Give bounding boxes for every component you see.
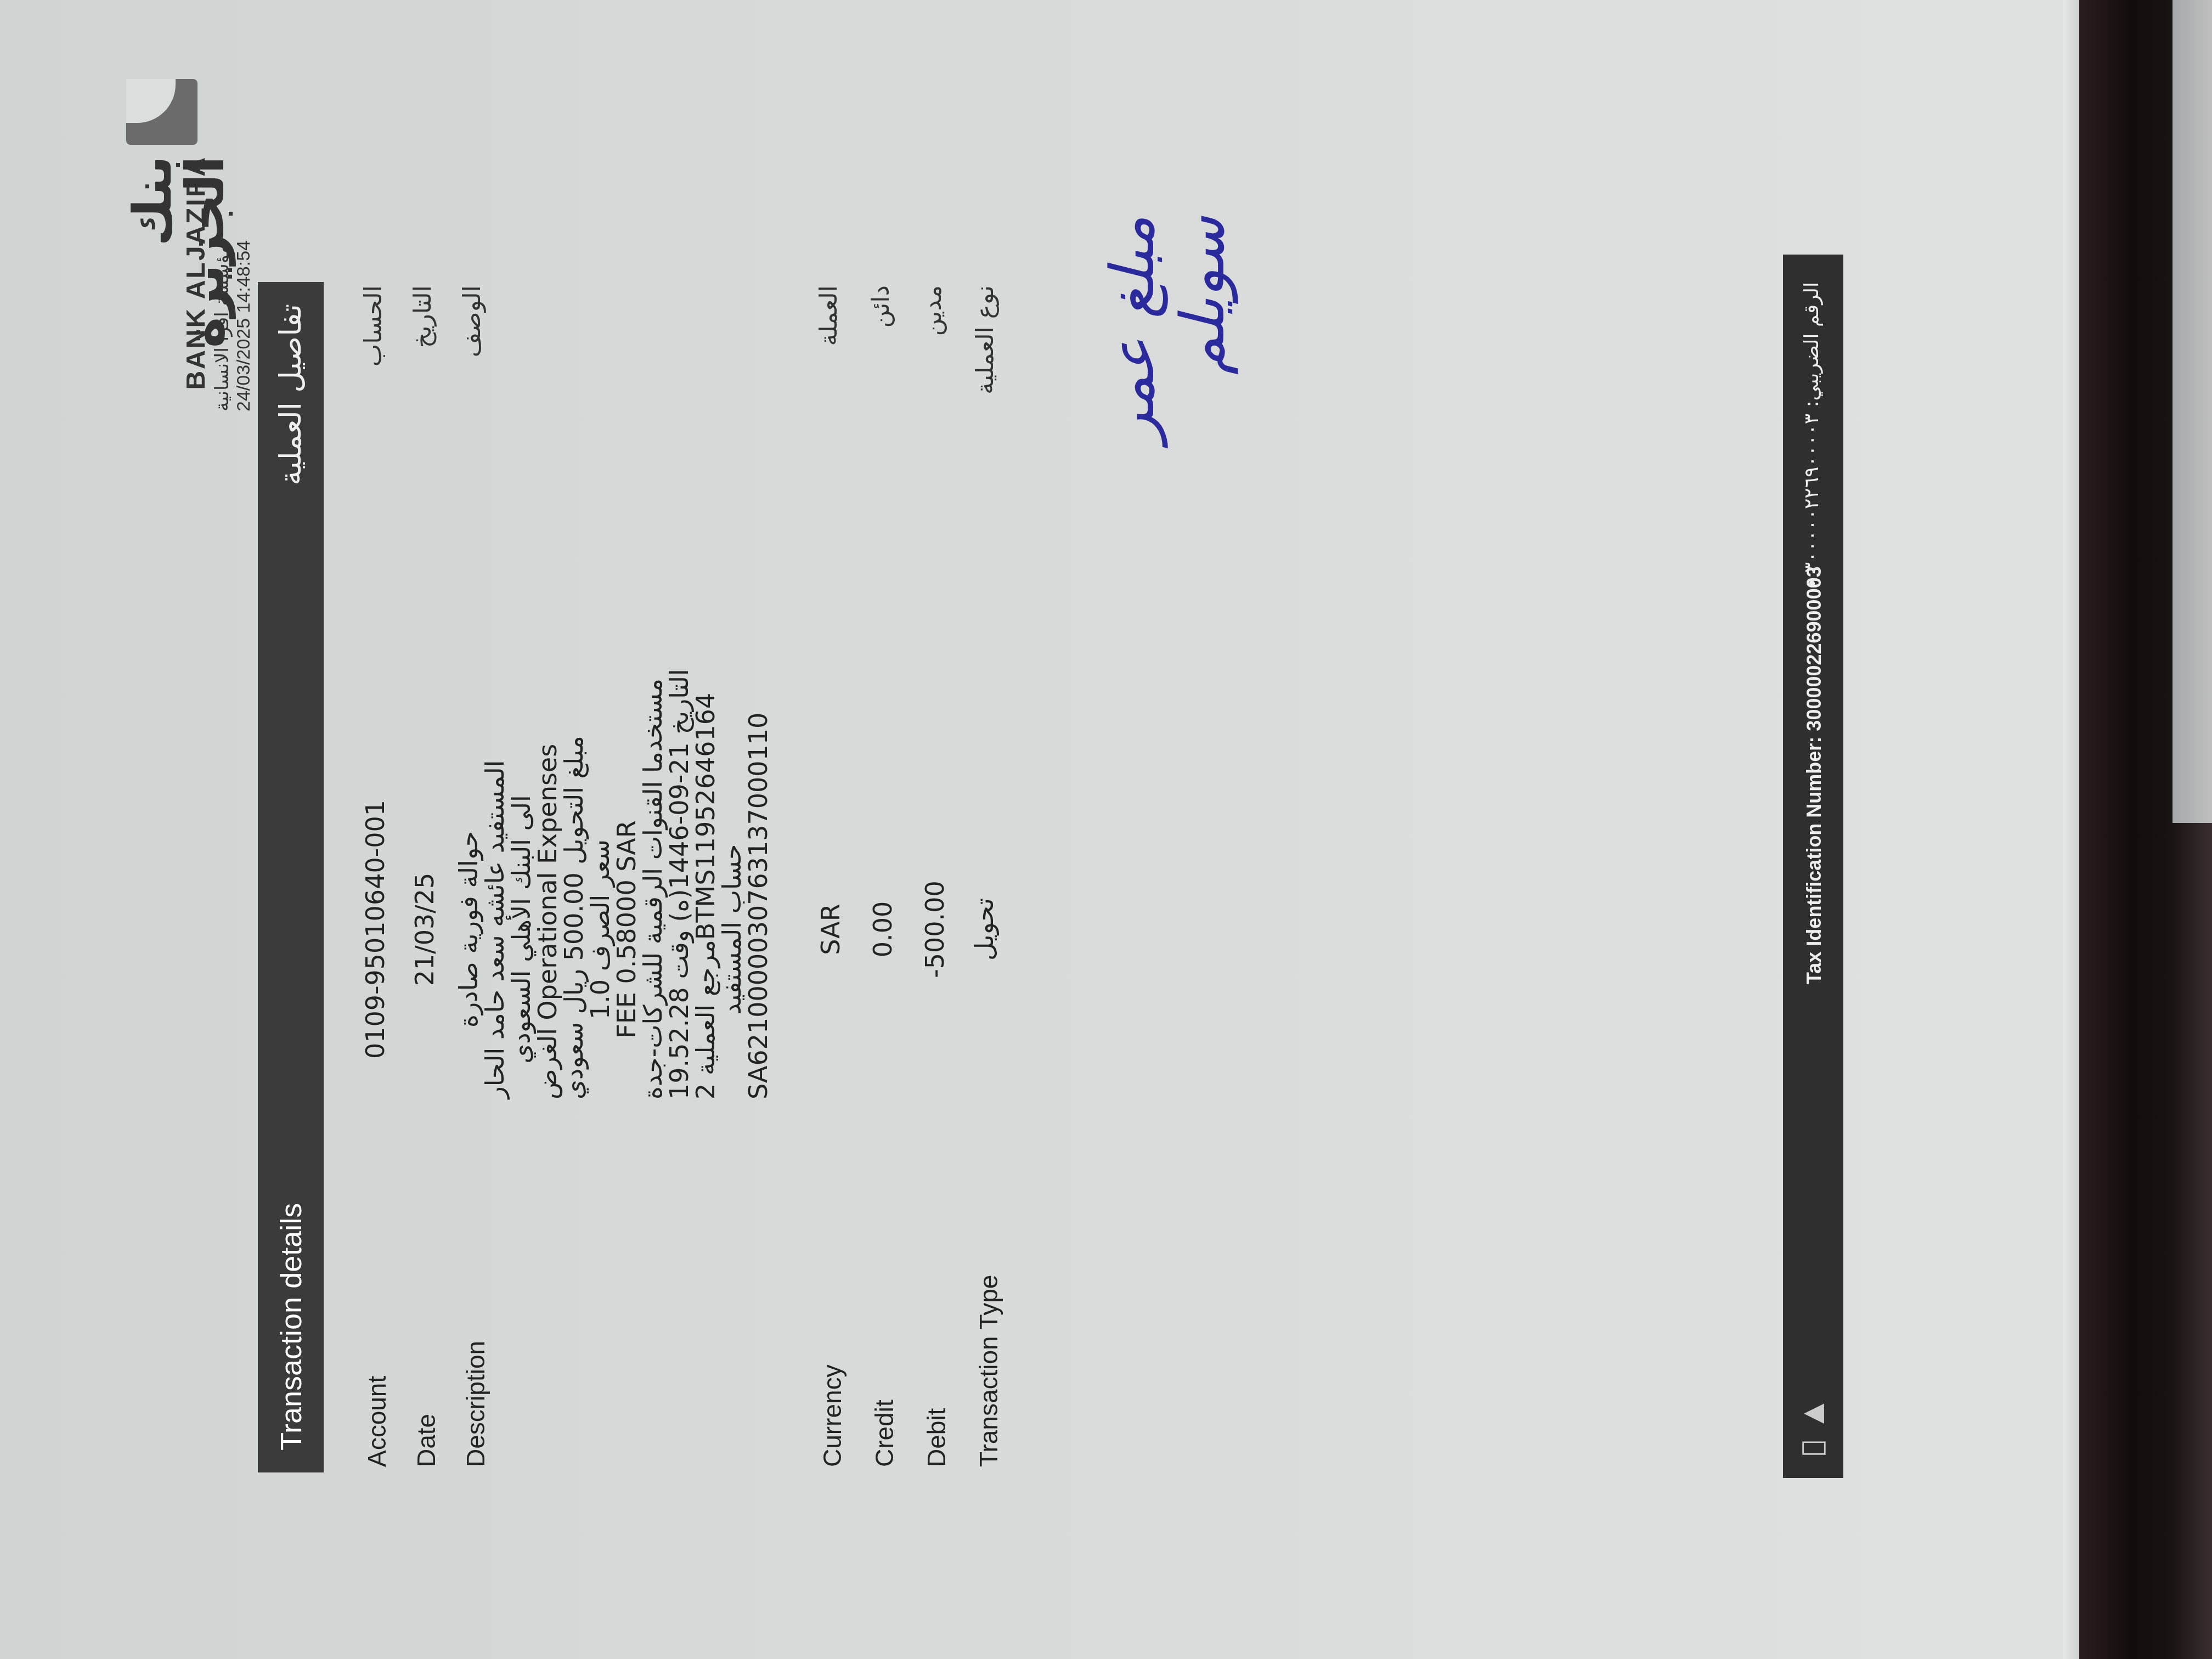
description-line: مرجع العملية 2BTMS11952646164 bbox=[692, 759, 719, 1099]
credit-label-ar: دائن bbox=[867, 285, 895, 328]
transaction-receipt: بنك الجزيرة BANK ALJAZIRA مؤسسة اقرأ الا… bbox=[0, 0, 2079, 1659]
tax-id-en: Tax Identification Number: 3000002269000… bbox=[1803, 566, 1826, 984]
description-label: Description bbox=[461, 1341, 490, 1467]
section-header: Transaction details تفاصيل العملية bbox=[258, 282, 324, 1472]
apple-icon[interactable]:  bbox=[1797, 1440, 1827, 1456]
organization-name: مؤسسة اقرأ الانسانية bbox=[211, 82, 233, 411]
account-label-ar: الحساب bbox=[359, 285, 387, 366]
description-line: الغرض Operational Expenses bbox=[534, 759, 561, 1099]
account-label: Account bbox=[362, 1376, 392, 1467]
tax-id-ar: الرقم الضريبي: ٣٠٠٠٠٠٢٢٦٩٠٠٠٠٣ bbox=[1801, 282, 1823, 573]
debit-label: Debit bbox=[922, 1408, 951, 1467]
print-timestamp: 24/03/2025 14:48:54 bbox=[233, 82, 255, 411]
description-line: مستخدما القنوات الرقمية للشركات-جدة bbox=[640, 759, 666, 1099]
background-surface bbox=[2172, 0, 2212, 823]
date-value: 21/03/25 bbox=[411, 759, 438, 1099]
transaction-type-value: تحويل bbox=[971, 759, 997, 1099]
currency-value: SAR bbox=[817, 759, 844, 1099]
section-title-en: Transaction details bbox=[274, 1203, 308, 1451]
date-label-ar: التاريخ bbox=[409, 285, 437, 348]
footer-separator: • bbox=[1802, 578, 1824, 589]
description-value: حوالة فورية صادرة المستفيد عائشه سعد حام… bbox=[455, 759, 771, 1099]
description-line: الى البنك الأهلي السعودي bbox=[508, 759, 534, 1099]
currency-label: Currency bbox=[817, 1364, 847, 1467]
description-line: المستفيد عائشه سعد حامد الحار bbox=[482, 759, 508, 1099]
transaction-type-label-ar: نوع العملية bbox=[971, 285, 999, 394]
footer-bar:  ▲ Tax Identification Number: 300000226… bbox=[1783, 255, 1843, 1478]
description-line: سعر الصرف 1.0 bbox=[587, 759, 613, 1099]
google-play-icon[interactable]: ▲ bbox=[1797, 1403, 1827, 1424]
debit-label-ar: مدين bbox=[919, 285, 947, 336]
description-line: SA6210000030763137000110 bbox=[745, 759, 771, 1099]
description-label-ar: الوصف bbox=[458, 285, 486, 357]
description-line: التاريخ 21-09-1446(ه) وقت 19.52.28 bbox=[666, 759, 692, 1099]
description-line: مبلغ التحويل 500.00 ريال سعودي bbox=[561, 759, 587, 1099]
app-store-icons:  ▲ bbox=[1797, 1403, 1827, 1456]
transaction-type-label: Transaction Type bbox=[974, 1275, 1003, 1467]
account-value: 0109-95010640-001 bbox=[362, 759, 388, 1099]
description-line: حوالة فورية صادرة bbox=[455, 759, 482, 1099]
date-label: Date bbox=[411, 1414, 441, 1467]
debit-value: -500.00 bbox=[922, 759, 948, 1099]
bank-name-en: BANK ALJAZIRA bbox=[181, 156, 211, 390]
description-line: حساب المستفيد bbox=[719, 759, 745, 1099]
description-line: FEE 0.58000 SAR bbox=[613, 759, 640, 1099]
credit-value: 0.00 bbox=[870, 759, 896, 1099]
handwritten-note: مبلغ عمر سويلم bbox=[1097, 216, 1185, 600]
bank-emblem-icon bbox=[126, 79, 198, 145]
credit-label: Credit bbox=[870, 1400, 899, 1467]
section-title-ar: تفاصيل العملية bbox=[273, 304, 308, 486]
bank-logo: بنك الجزيرة BANK ALJAZIRA bbox=[126, 79, 208, 419]
currency-label-ar: العملة bbox=[815, 285, 843, 346]
